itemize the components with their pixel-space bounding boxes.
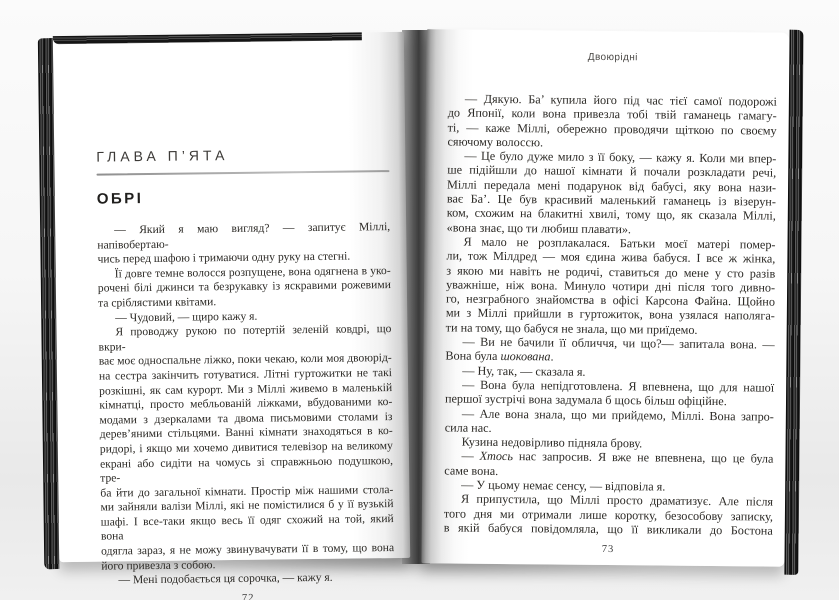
right-page-text: — Дякую. Ба’ купила його під час тієї са… <box>444 91 777 537</box>
right-page-content: Двоюрідні — Дякую. Ба’ купила його під ч… <box>421 29 789 566</box>
text-line: шафі. І все-таки якщо весь її одяг схожи… <box>101 512 394 545</box>
text-line: — Мені подобається ця сорочка, — кажу я. <box>101 570 394 588</box>
right-page-number: 73 <box>444 543 773 557</box>
running-head: Двоюрідні <box>448 51 777 64</box>
chapter-rule <box>96 170 389 176</box>
chapter-heading: ГЛАВА П’ЯТА <box>96 146 389 164</box>
text-line: в якій бабуся повідомляла, що її виклика… <box>444 520 773 537</box>
text-line: Я проводжу рукою по потертій зеленій ков… <box>98 322 391 355</box>
left-page-text: — Який я маю вигляд? — запитує Міллі, на… <box>97 220 394 588</box>
text-line: екрані або сидіти на чомусь зі справжньо… <box>100 454 393 487</box>
left-page-content: ГЛАВА П’ЯТА ОБРІ — Який я маю вигляд? — … <box>53 32 410 562</box>
photo-backdrop: ГЛАВА П’ЯТА ОБРІ — Який я маю вигляд? — … <box>0 0 839 600</box>
right-page: Двоюрідні — Дякую. Ба’ купила його під ч… <box>421 29 789 566</box>
left-page-number: 72 <box>102 591 395 600</box>
section-title: ОБРІ <box>97 188 390 207</box>
left-page: ГЛАВА П’ЯТА ОБРІ — Який я маю вигляд? — … <box>53 32 410 562</box>
text-line: — Який я маю вигляд? — запитує Міллі, на… <box>97 220 390 253</box>
